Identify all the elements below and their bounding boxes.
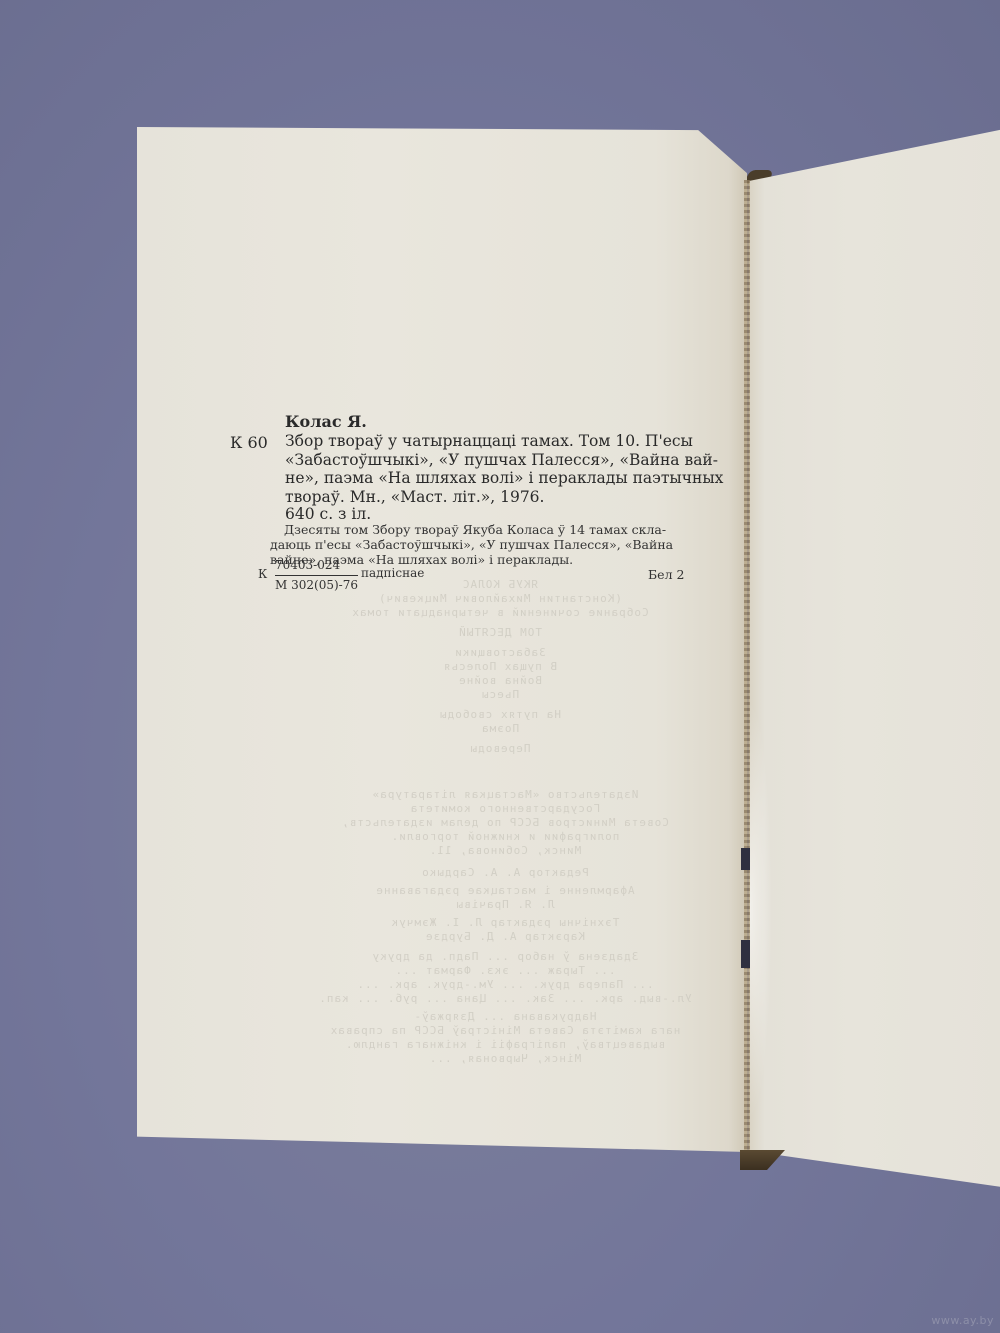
show-through-imprint: Издательство «Мастацкая літаратура» Госу… bbox=[290, 788, 720, 1066]
index-letter: К bbox=[258, 565, 267, 583]
index-denominator: М 302(05)-76 bbox=[275, 576, 358, 594]
page-count: 640 с. з іл. bbox=[285, 505, 371, 523]
classification-mark: К 60 bbox=[230, 434, 268, 452]
right-page bbox=[749, 128, 1000, 1188]
subscription-note: падпіснае bbox=[361, 564, 424, 582]
book-spine-bottom bbox=[740, 1150, 785, 1170]
author-name: Колас Я. bbox=[285, 413, 367, 431]
paper-tear bbox=[750, 700, 772, 1120]
book-photo: ЯКУБ КОЛАС (Константин Михайлович Мицкев… bbox=[0, 0, 1000, 1333]
gutter-thread-mark bbox=[741, 848, 750, 870]
watermark: www.ay.by bbox=[931, 1314, 994, 1327]
bbk-code: Бел 2 bbox=[648, 566, 684, 584]
index-numerator: 70403-024 bbox=[275, 556, 358, 576]
bibliographic-description: Збор твораў у чатырнаццаці тамах. Том 10… bbox=[285, 432, 685, 506]
gutter-thread-mark bbox=[741, 940, 750, 968]
index-fraction: 70403-024 М 302(05)-76 bbox=[275, 556, 358, 594]
show-through-title-page: ЯКУБ КОЛАС (Константин Михайлович Мицкев… bbox=[290, 578, 710, 756]
